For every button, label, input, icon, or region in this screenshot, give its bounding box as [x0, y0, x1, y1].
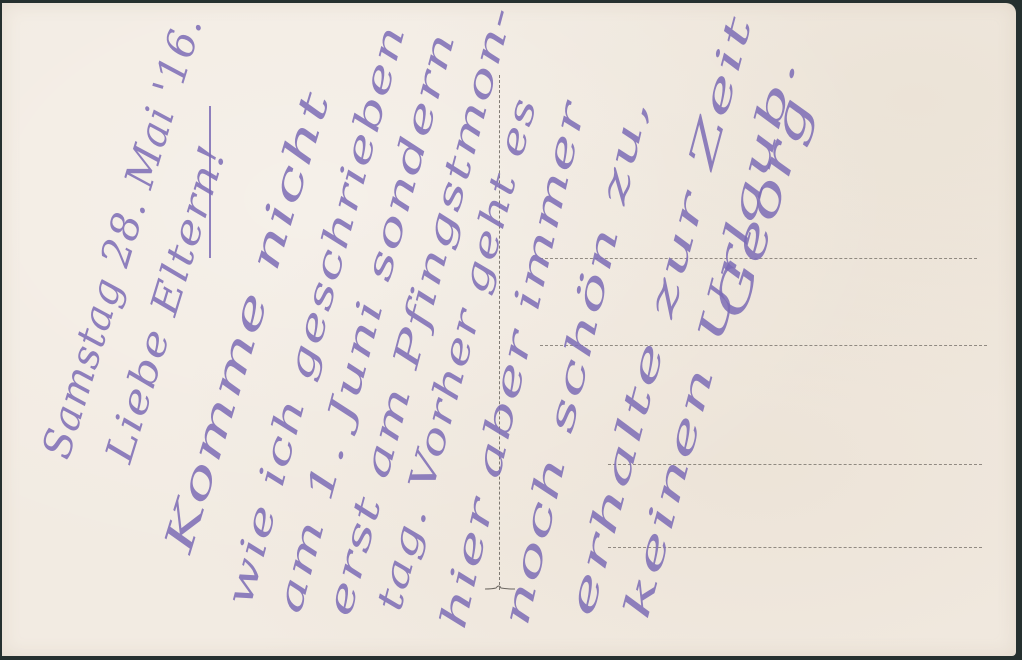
- postcard-scan: Samstag 28. Mai '16. Liebe Eltern! Komme…: [0, 0, 1022, 660]
- handwritten-message: Samstag 28. Mai '16. Liebe Eltern! Komme…: [2, 3, 1016, 656]
- postcard-back: Samstag 28. Mai '16. Liebe Eltern! Komme…: [2, 3, 1016, 656]
